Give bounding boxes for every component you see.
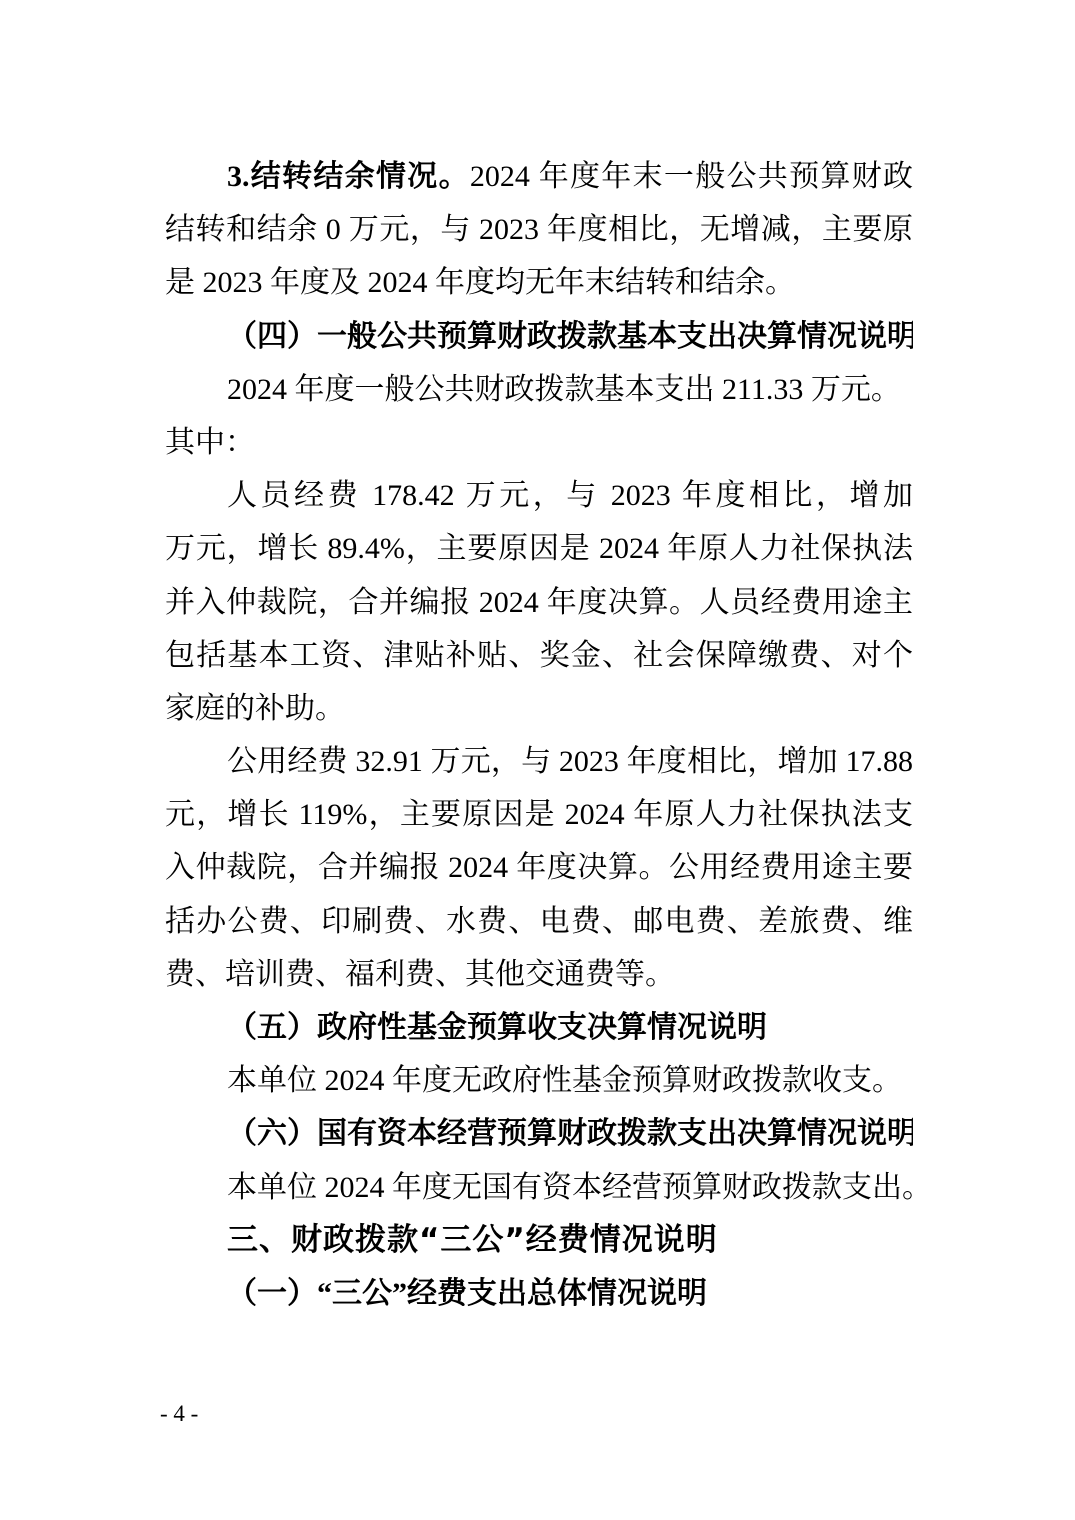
paragraph-line: 人员经费 178.42 万元，与 2023 年度相比，增加 84.21 [165, 469, 913, 522]
paragraph-line: 3.结转结余情况。2024 年度年末一般公共预算财政拨款 [165, 150, 913, 203]
document-page: 3.结转结余情况。2024 年度年末一般公共预算财政拨款 结转和结余 0 万元，… [0, 0, 1075, 1520]
paragraph-line: 公用经费 32.91 万元，与 2023 年度相比，增加 17.88 万 [165, 735, 913, 788]
paragraph-line: 是 2023 年度及 2024 年度均无年末结转和结余。 [165, 256, 913, 309]
section-heading-1: （一）“三公”经费支出总体情况说明 [165, 1267, 913, 1320]
run-heading-carryover: 3.结转结余情况。 [227, 160, 470, 193]
paragraph-line: 元，增长 119%，主要原因是 2024 年原人力社保执法支队并 [165, 788, 913, 841]
paragraph-line: 家庭的补助。 [165, 682, 913, 735]
paragraph-line: 万元，增长 89.4%，主要原因是 2024 年原人力社保执法支队 [165, 522, 913, 575]
paragraph-line: 其中： [165, 416, 913, 469]
section-heading-4: （四）一般公共预算财政拨款基本支出决算情况说明 [165, 310, 913, 363]
paragraph-line: 2024 年度一般公共财政拨款基本支出 211.33 万元。 [165, 363, 913, 416]
section-heading-5: （五）政府性基金预算收支决算情况说明 [165, 1001, 913, 1054]
paragraph-line: 结转和结余 0 万元，与 2023 年度相比，无增减，主要原因 [165, 203, 913, 256]
page-number: - 4 - [160, 1400, 198, 1428]
paragraph-line: 本单位 2024 年度无政府性基金预算财政拨款收支。 [165, 1054, 913, 1107]
paragraph-line: 并入仲裁院，合并编报 2024 年度决算。人员经费用途主要 [165, 576, 913, 629]
paragraph-line: 入仲裁院，合并编报 2024 年度决算。公用经费用途主要包 [165, 841, 913, 894]
paragraph-line: 括办公费、印刷费、水费、电费、邮电费、差旅费、维修（护） [165, 895, 913, 948]
document-body: 3.结转结余情况。2024 年度年末一般公共预算财政拨款 结转和结余 0 万元，… [165, 150, 913, 1320]
paragraph-line: 包括基本工资、津贴补贴、奖金、社会保障缴费、对个人和 [165, 629, 913, 682]
paragraph-line: 费、培训费、福利费、其他交通费等。 [165, 948, 913, 1001]
chapter-heading-3: 三、财政拨款“三公”经费情况说明 [165, 1214, 913, 1267]
section-heading-6: （六）国有资本经营预算财政拨款支出决算情况说明 [165, 1107, 913, 1160]
paragraph-line: 本单位 2024 年度无国有资本经营预算财政拨款支出。 [165, 1161, 913, 1214]
